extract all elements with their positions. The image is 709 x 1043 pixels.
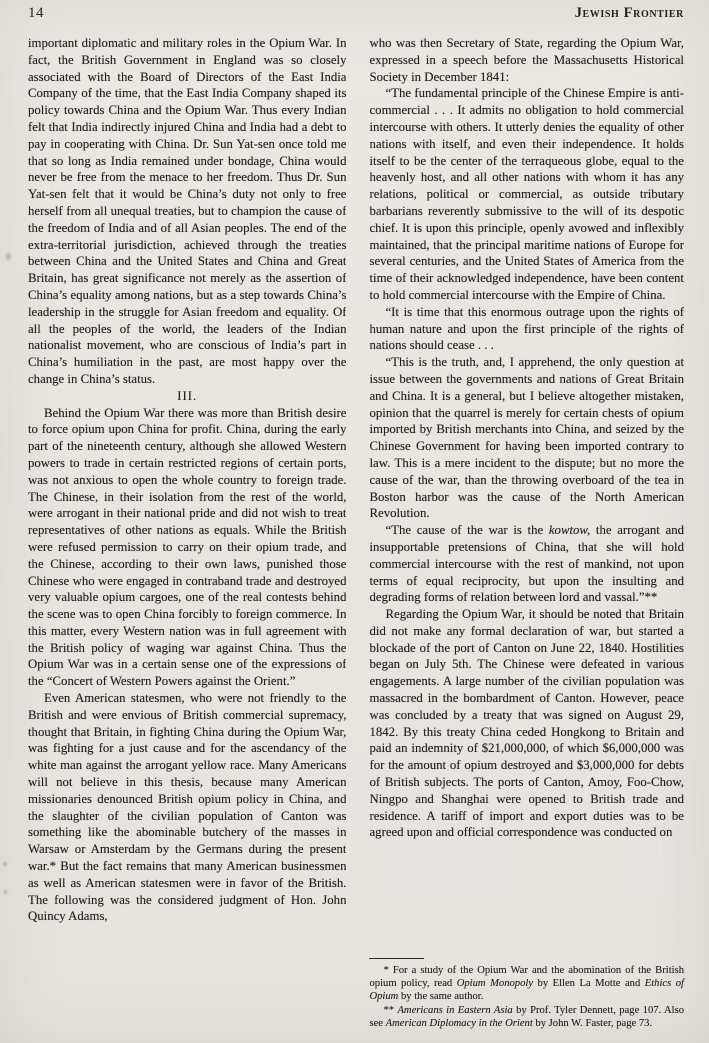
- quote-this-is-the-truth: “This is the truth, and, I apprehend, th…: [369, 354, 684, 522]
- paragraph-behind-opium-war: Behind the Opium War there was more than…: [28, 405, 346, 691]
- book-title-italic: Opium Monopoly: [457, 978, 533, 989]
- footnote-block: * For a study of the Opium War and the a…: [369, 958, 684, 1030]
- footnote-text: by the same author.: [398, 991, 483, 1002]
- footnote-marker: **: [383, 1005, 394, 1016]
- page-number: 14: [28, 5, 44, 22]
- kowtow-italic: kowtow,: [549, 523, 590, 537]
- footnote-rule: [369, 958, 424, 959]
- scan-speck: [3, 862, 7, 866]
- scan-speck: [4, 890, 7, 894]
- quote-cause-pre: “The cause of the war is the: [385, 523, 548, 537]
- section-heading: III.: [28, 388, 346, 405]
- footnote-text: by John W. Faster, page 73.: [533, 1018, 652, 1029]
- masthead-title: Jewish Frontier: [575, 5, 684, 22]
- quote-fundamental-principle: “The fundamental principle of the Chines…: [369, 85, 684, 303]
- book-title-italic: Americans in Eastern Asia: [397, 1005, 512, 1016]
- page-header: 14 Jewish Frontier: [28, 5, 684, 27]
- scan-speck: [6, 253, 11, 260]
- magazine-page: 14 Jewish Frontier important diplomatic …: [0, 0, 709, 1043]
- left-column: important diplomatic and military roles …: [28, 35, 346, 1043]
- right-column-body: who was then Secretary of State, regardi…: [369, 35, 684, 953]
- quote-cause-of-war: “The cause of the war is the kowtow, the…: [369, 522, 684, 606]
- paragraph-continuation: who was then Secretary of State, regardi…: [369, 35, 684, 85]
- paragraph-continuation: important diplomatic and military roles …: [28, 35, 346, 388]
- footnote-text: by Ellen La Motte and: [533, 978, 645, 989]
- paragraph-regarding-opium-war: Regarding the Opium War, it should be no…: [369, 606, 684, 841]
- right-column: who was then Secretary of State, regardi…: [369, 35, 684, 1043]
- book-title-italic: American Diplomacy in the Orient: [386, 1018, 533, 1029]
- quote-enormous-outrage: “It is time that this enormous outrage u…: [369, 304, 684, 354]
- footnote-1: * For a study of the Opium War and the a…: [369, 964, 684, 1004]
- footnote-2: ** Americans in Eastern Asia by Prof. Ty…: [369, 1004, 684, 1030]
- two-column-layout: important diplomatic and military roles …: [28, 35, 684, 1043]
- paragraph-american-statesmen: Even American statesmen, who were not fr…: [28, 690, 346, 925]
